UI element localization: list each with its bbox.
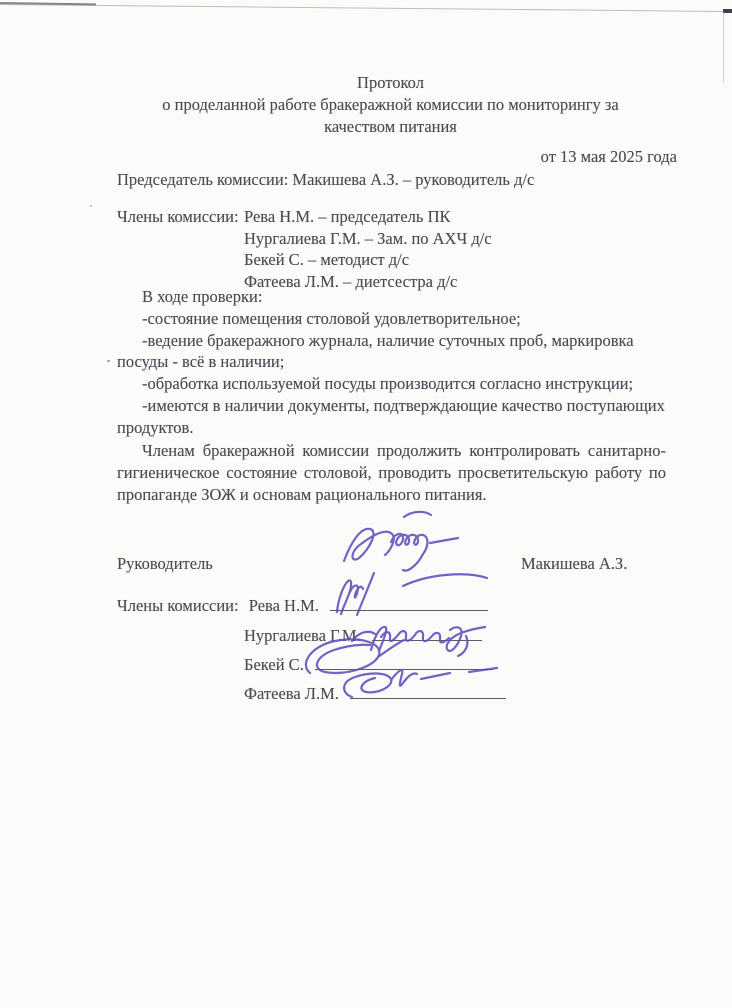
- document-title-line1: Протокол: [117, 72, 664, 94]
- signature-line: [330, 595, 488, 611]
- document-page: Протокол о проделанной работе бракеражно…: [0, 0, 732, 1008]
- signature-member-name: Фатеева Л.М.: [244, 684, 339, 703]
- signature-member-row: Нургалиева Г.М.: [117, 625, 677, 647]
- members-list: Члены комиссии: Рева Н.М. – председатель…: [117, 206, 677, 292]
- resolution-paragraph: Членам бракеражной комиссии продолжить к…: [117, 440, 666, 505]
- scan-artifact-corner-tick: [723, 9, 732, 13]
- signature-members-label: Члены комиссии:: [117, 596, 239, 615]
- document-title: Протокол о проделанной работе бракеражно…: [117, 72, 664, 137]
- scan-speck: [107, 360, 110, 362]
- scan-artifact-top-edge: [0, 4, 732, 12]
- inspection-section: В ходе проверки: -состояние помещения ст…: [117, 286, 670, 439]
- signature-line: [315, 654, 493, 670]
- scan-speck: [90, 205, 92, 207]
- signature-member-row: Бекей С.: [117, 654, 677, 676]
- inspection-finding-line: -имеются в наличии документы, подтвержда…: [117, 395, 670, 417]
- date-line: от 13 мая 2025 года: [0, 146, 677, 168]
- signature-head-row: Руководитель Макишева А.З.: [117, 553, 677, 573]
- signature-member-name: Нургалиева Г.М.: [244, 626, 361, 645]
- signature-member-row: Фатеева Л.М.: [117, 683, 677, 705]
- inspection-finding-line: -обработка используемой посуды производи…: [117, 373, 670, 395]
- inspection-finding-line: продуктов.: [117, 417, 670, 439]
- inspection-finding-line: -состояние помещения столовой удовлетвор…: [117, 308, 670, 330]
- signature-head-label: Руководитель: [117, 554, 213, 573]
- inspection-heading: В ходе проверки:: [117, 286, 670, 308]
- signature-line: [372, 625, 482, 641]
- signature-member-name: Рева Н.М.: [249, 596, 319, 615]
- member-item: Бекей С. – методист д/с: [244, 249, 677, 271]
- resolution-line: Членам бракеражной комиссии продолжить к…: [117, 440, 666, 462]
- inspection-finding-line: -ведение бракеражного журнала, наличие с…: [117, 330, 670, 352]
- scan-artifact-right-edge: [723, 11, 724, 83]
- resolution-line: гигиеническое состояние столовой, провод…: [117, 462, 666, 484]
- signature-line: [350, 683, 506, 699]
- signature-member-row: Члены комиссии: Рева Н.М.: [117, 595, 677, 617]
- document-title-line3: качеством питания: [117, 116, 664, 138]
- inspection-finding-line: посуды - всё в наличии;: [117, 351, 670, 373]
- member-item: Рева Н.М. – председатель ПК: [244, 206, 677, 228]
- resolution-line: пропаганде ЗОЖ и основам рационального п…: [117, 484, 666, 506]
- signature-member-name: Бекей С.: [244, 655, 304, 674]
- signature-head-name: Макишева А.З.: [521, 553, 627, 575]
- document-title-line2: о проделанной работе бракеражной комисси…: [117, 94, 664, 116]
- member-item: Нургалиева Г.М. – Зам. по АХЧ д/с: [244, 228, 677, 250]
- chairman-line: Председатель комиссии: Макишева А.З. – р…: [117, 169, 717, 191]
- members-label: Члены комиссии:: [117, 206, 239, 228]
